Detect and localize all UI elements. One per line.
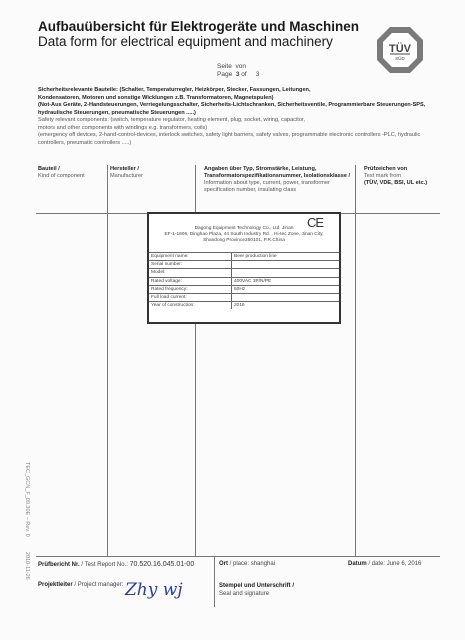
footer-divider [214,557,215,607]
col-manufacturer-de: Hersteller / [110,166,139,172]
col-testmark-de: Prüfzeichen von [364,166,407,172]
nameplate-label: Serial number: [149,261,232,269]
place-label-de: Ort [219,561,228,567]
nameplate-value [232,293,340,301]
pm-label-en: / Project manager: [73,582,124,588]
nameplate-value: 50Hz [232,285,340,293]
col-divider-1 [107,165,108,556]
page-current: 3 [236,71,240,78]
nameplate-value: 2016 [232,302,340,310]
col-header-testmark: Prüfzeichen von Test mark from (TÜV, VDE… [364,166,444,187]
page-total: 3 [256,71,260,78]
equipment-nameplate: CE Dagong Equipment Technology Co., Ltd.… [147,212,341,324]
place-field: Ort / place: shanghai [219,561,275,567]
col-specs-de: Angaben über Typ, Stromstärke, Leistung,… [204,166,350,179]
col-divider-3 [355,165,356,556]
col-header-manufacturer: Hersteller / Manufacturer [110,166,192,180]
report-number-value: 70.520.16.045.01-00 [130,561,195,568]
title-english: Data form for electrical equipment and m… [38,34,333,49]
nameplate-value: 400VAC 3P/N/PE [232,277,340,285]
nameplate-address2: Shandong Province250101, P.R.China [149,238,339,244]
safety-components-note: Sicherheitsrelevante Bauteile: (Schalter… [38,87,443,147]
title-german: Aufbauübersicht für Elektrogeräte und Ma… [38,19,359,34]
tuv-sud-logo-icon: TÜV SÜD [375,25,425,75]
nameplate-label: Rated frequency: [149,285,232,293]
date-field: Datum / date: June 6, 2016 [348,561,421,567]
form-code-side-text: TEC_GCN_F_09.30E – Rev. 0 [24,462,30,537]
table-bottom-divider [36,556,440,557]
nameplate-row: Serial number: [149,261,339,269]
nameplate-row: Full load current: [149,293,339,301]
nameplate-label: Equipment name: [149,253,232,261]
safety-de-line2: Kondensatoren, Motoren und sonstige Wick… [38,95,443,103]
safety-en-line3: (emergency off devices, 2-hand-control-d… [38,132,443,147]
svg-text:TÜV: TÜV [389,42,412,55]
pm-label-de: Projektleiter [38,582,73,588]
page-indicator: Seite von Page 3 of 3 [217,63,259,79]
nameplate-row: Rated voltage:400VAC 3P/N/PE [149,277,339,285]
nameplate-value [232,261,340,269]
nameplate-value: Beer production line [232,253,340,261]
date-value: June 6, 2016 [387,561,422,567]
col-testmark-extra: (TÜV, VDE, BSI, UL etc.) [364,180,427,186]
seal-label-en: Seal and signature [219,591,269,597]
project-manager-signature: Zhy wj [125,580,183,600]
nameplate-row: Model: [149,269,339,277]
seite-label: Seite [217,63,232,70]
date-label-de: Datum [348,561,367,567]
col-header-component: Bauteil / Kind of component [38,166,104,180]
nameplate-row: Rated frequency:50Hz [149,285,339,293]
svg-text:SÜD: SÜD [395,55,405,61]
safety-en-line1: Safety relevant components: (switch, tem… [38,117,443,125]
report-label-de: Prüfbericht Nr. [38,562,80,568]
of-label: of [241,71,246,78]
col-header-specs: Angaben über Typ, Stromstärke, Leistung,… [204,166,354,194]
nameplate-table: Equipment name:Beer production line Seri… [149,252,339,309]
von-label: von [235,63,245,70]
seal-signature-field: Stempel und Unterschrift / Seal and sign… [219,582,294,598]
col-specs-en: Information about type, current, power, … [204,180,330,193]
nameplate-row: Equipment name:Beer production line [149,253,339,261]
page-label: Page [217,71,232,78]
date-label-en: / date: [367,561,387,567]
place-value: shanghai [251,561,275,567]
col-component-de: Bauteil / [38,166,60,172]
form-date-side-text: 2010-11-26 [24,552,30,580]
project-manager-field: Projektleiter / Project manager: [38,582,123,588]
nameplate-label: Rated voltage: [149,277,232,285]
col-manufacturer-en: Manufacturer [110,173,143,179]
nameplate-label: Full load current: [149,293,232,301]
nameplate-row: Year of construction:2016 [149,302,339,310]
nameplate-company-block: Dagong Equipment Technology Co., Ltd. Ji… [149,226,339,245]
nameplate-value [232,269,340,277]
col-component-en: Kind of component [38,173,85,179]
safety-de-line3: (Not-Aus Geräte, 2-Handsteuerungen, Verr… [38,102,443,117]
seal-label-de: Stempel und Unterschrift / [219,583,294,589]
nameplate-label: Model: [149,269,232,277]
test-report-number: Prüfbericht Nr. / Test Report No.: 70.52… [38,561,194,568]
report-label-en: / Test Report No.: [80,562,130,568]
col-testmark-en: Test mark from [364,173,401,179]
place-label-en: / place: [228,561,251,567]
nameplate-label: Year of construction: [149,302,232,310]
safety-de-line1: Sicherheitsrelevante Bauteile: (Schalter… [38,87,443,95]
safety-en-line2: motors and other components with winding… [38,125,443,133]
